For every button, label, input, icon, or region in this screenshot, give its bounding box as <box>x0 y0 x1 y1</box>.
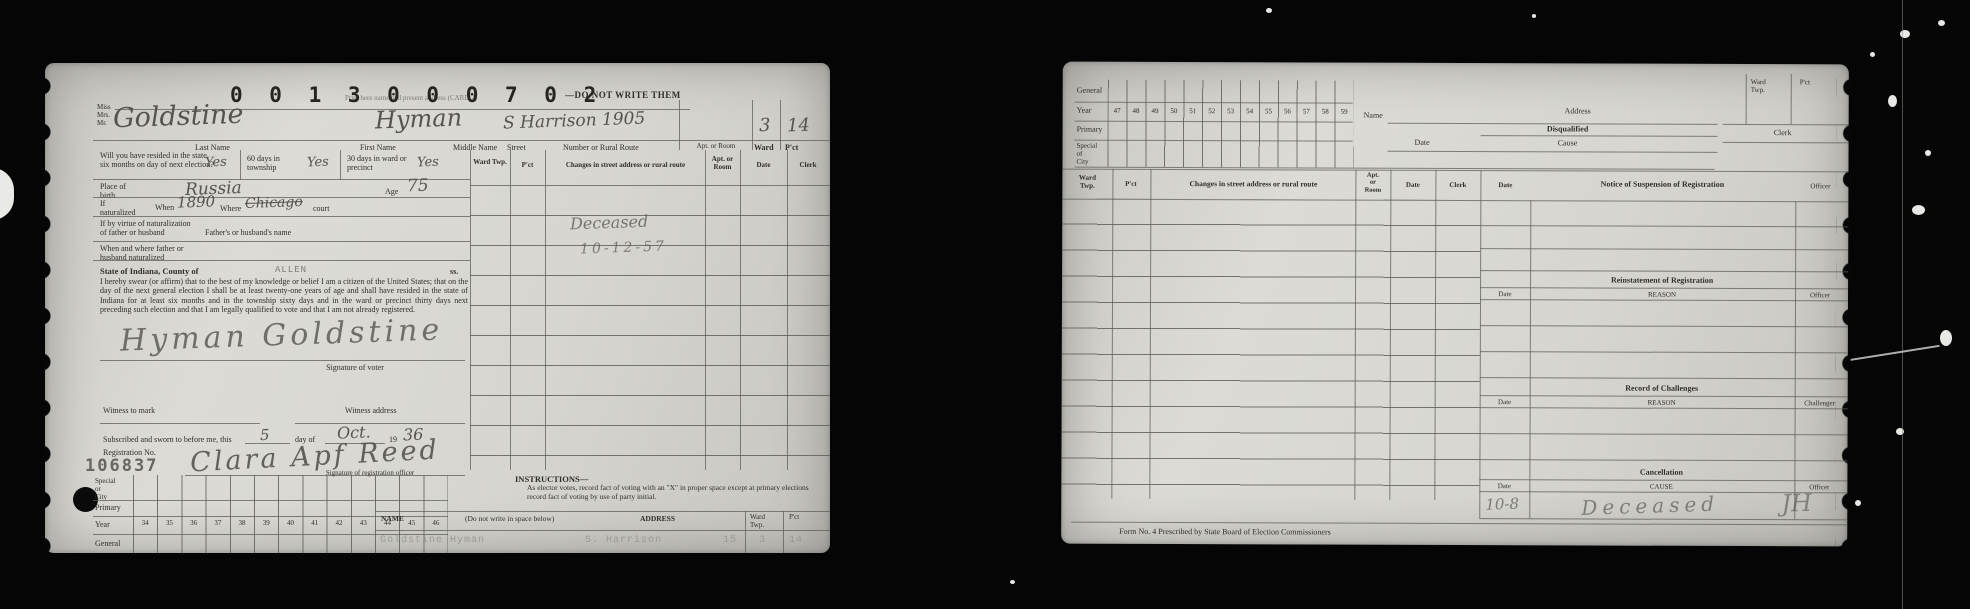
label-when: When <box>155 203 174 212</box>
voter-signature-label: Signature of voter <box>275 363 435 372</box>
sworn-day: 5 <box>260 426 270 444</box>
oath-ss: ss. <box>450 267 458 276</box>
oath-body: I hereby swear (or affirm) that to the b… <box>100 277 468 315</box>
typed-number: 15 <box>723 535 737 546</box>
label-ward-twp-bottom: Ward Twp. <box>750 513 765 529</box>
rule-line <box>1480 407 1848 409</box>
rule-line <box>1481 135 1718 137</box>
rule-line <box>1388 151 1718 153</box>
cancellation-title: Cancellation <box>1531 467 1791 477</box>
residency-answer-state: Yes <box>205 155 227 171</box>
header-clerk: Clerk <box>788 161 828 169</box>
label-age: Age <box>385 187 398 196</box>
rule-line <box>679 100 680 150</box>
label-address-column: ADDRESS <box>640 515 675 524</box>
year-cell: 46 <box>424 519 448 527</box>
rule-line <box>93 216 470 217</box>
do-not-write-note: —DO NOT WRITE THEM <box>565 90 681 100</box>
film-speck <box>1532 14 1536 18</box>
label-by-virtue: If by virtue of naturalization of father… <box>100 219 195 237</box>
registration-card-front: 0 0 1 3 0 0 0 7 0 2 Print here name and … <box>45 63 830 553</box>
year-cell: 42 <box>327 519 351 527</box>
rule-line <box>1071 522 1847 526</box>
cancellation-officer-value: JH <box>1781 489 1812 518</box>
header-suspension-officer: Officer <box>1795 182 1845 190</box>
residency-question-state: Will you have resided in the state six m… <box>100 151 215 169</box>
film-scratch-diagonal <box>1848 345 1939 361</box>
rule-line <box>1479 479 1847 481</box>
label-court: court <box>313 204 329 213</box>
film-speck <box>1912 205 1925 215</box>
year-cell: 35 <box>157 519 181 527</box>
cancellation-cause-value: Deceased <box>1581 492 1719 520</box>
rule-line <box>752 100 753 150</box>
rule-line <box>1480 377 1848 379</box>
header-date: Date <box>741 161 786 169</box>
year-cell: 34 <box>133 519 157 527</box>
sworn-text: Subscribed and sworn to before me, this <box>103 435 232 444</box>
rule-line <box>1791 74 1792 124</box>
film-scratch-vertical <box>1902 0 1903 609</box>
header-ward-twp: Ward Twp. <box>472 158 508 166</box>
serial-underprint: Print here name and present address (CAR… <box>345 94 565 102</box>
label-where: Where <box>220 204 241 213</box>
year-cell: 40 <box>278 519 302 527</box>
rule-line <box>375 530 830 531</box>
year-cell: 49 <box>1146 107 1165 115</box>
rule-line <box>780 100 781 150</box>
film-edge-blob <box>0 168 14 220</box>
rule-line <box>1723 142 1849 143</box>
rule-line <box>1480 225 1848 227</box>
instructions-body: As elector votes, record fact of voting … <box>527 484 827 501</box>
voting-grid-cells <box>1107 80 1353 168</box>
rule-line <box>783 511 784 553</box>
rule-line <box>100 423 260 424</box>
year-cell: 41 <box>303 519 327 527</box>
label-ward: Ward <box>754 143 774 152</box>
rule-line <box>1479 459 1847 461</box>
reinstatement-title: Reinstatement of Registration <box>1532 275 1792 285</box>
typed-address: S. Harrison <box>585 535 662 546</box>
year-cell: 50 <box>1164 107 1183 115</box>
label-if-naturalized: If naturalized <box>100 199 140 217</box>
row-label-primary: Primary <box>1077 125 1103 134</box>
residency-question-60: 60 days in township <box>247 154 307 172</box>
rule-line <box>1479 518 1847 520</box>
row-label-primary: Primary <box>95 503 121 512</box>
card-edge-notches <box>42 63 57 553</box>
rule-line <box>295 423 465 424</box>
row-label-year: Year <box>95 520 110 529</box>
form-footer: Form No. 4 Prescribed by State Board of … <box>1119 527 1331 537</box>
challenges-reason: REASON <box>1532 398 1792 407</box>
year-cell: 54 <box>1240 107 1259 115</box>
header-pct: P'ct <box>1113 180 1148 188</box>
typed-pct: 14 <box>789 535 803 546</box>
film-speck <box>1855 500 1861 506</box>
challenges-challenger: Challenger <box>1792 399 1848 407</box>
address-change-rows <box>1061 199 1480 500</box>
rule-line <box>340 150 341 180</box>
film-speck <box>1266 8 1272 13</box>
rule-line <box>745 511 746 553</box>
label-name-column: NAME <box>381 515 404 524</box>
card-edge-notches <box>1835 64 1852 546</box>
year-cell: 51 <box>1183 107 1202 115</box>
label-middle-name: Middle Name <box>453 143 497 152</box>
deceased-date: 10-12-57 <box>580 238 667 257</box>
year-cell: 36 <box>181 519 205 527</box>
label-first-name: First Name <box>360 143 396 152</box>
header-apt-room: Apt. or Room <box>1357 172 1388 195</box>
microfilm-frame: 0 0 1 3 0 0 0 7 0 2 Print here name and … <box>0 0 1970 609</box>
label-address: Address <box>1523 106 1633 116</box>
year-cell: 56 <box>1278 107 1297 115</box>
rule-line <box>93 241 470 242</box>
year-cell: 39 <box>254 519 278 527</box>
corner-ward-twp: Ward Twp. <box>1751 78 1766 94</box>
rule-line <box>1480 433 1848 435</box>
cancellation-cause: CAUSE <box>1531 482 1791 491</box>
film-speck <box>1870 52 1875 57</box>
rule-line <box>1062 169 1848 173</box>
label-cause: Cause <box>1513 138 1623 148</box>
county-value: ALLEN <box>275 265 307 275</box>
residency-answer-60: Yes <box>307 155 329 171</box>
corner-clerk: Clerk <box>1743 128 1823 137</box>
rule-line <box>240 150 241 180</box>
year-cell: 52 <box>1202 107 1221 115</box>
rule-line <box>1480 325 1848 327</box>
row-label-special: Special or City <box>95 477 116 501</box>
year-cell: 58 <box>1316 108 1335 116</box>
rule-line <box>1746 74 1747 124</box>
changes-table-rows <box>470 186 830 471</box>
label-witness-address: Witness address <box>345 406 396 415</box>
voting-year-row: 47 48 49 50 51 52 53 54 55 56 57 58 59 <box>1108 107 1354 116</box>
cancellation-date: Date <box>1481 482 1527 490</box>
naturalized-where: Chicago <box>245 194 303 212</box>
year-cell: 55 <box>1259 107 1278 115</box>
label-disqualified: Disqualified <box>1503 124 1633 134</box>
reinstatement-reason: REASON <box>1532 290 1792 299</box>
rule-line <box>1480 248 1848 250</box>
label-witness-to-mark: Witness to mark <box>103 406 155 415</box>
written-last-name: Goldstine <box>112 99 243 135</box>
rule-line <box>375 511 830 512</box>
deceased-note: Deceased <box>570 212 649 234</box>
row-label-general: General <box>1077 86 1102 95</box>
rule-line <box>93 260 470 261</box>
challenges-title: Record of Challenges <box>1532 383 1792 393</box>
prefix-labels: Miss Mrs. Mr. <box>97 103 111 127</box>
label-no-write-below: (Do not write in space below) <box>465 515 554 524</box>
header-apt-room: Apt. or Room <box>706 155 739 171</box>
written-street-address: S Harrison 1905 <box>503 109 646 134</box>
pct-value: 14 <box>787 115 811 137</box>
header-date: Date <box>1392 181 1433 189</box>
reinstatement-date: Date <box>1482 290 1528 298</box>
rule-line <box>1480 287 1848 289</box>
rule-line <box>93 140 830 141</box>
rule-line <box>1480 395 1848 397</box>
header-pct: P'ct <box>511 161 544 169</box>
row-label-special: Special of City <box>1076 142 1097 166</box>
label-apt-or-room: Apt. or Room <box>689 142 743 150</box>
label-name: Name <box>1364 111 1383 120</box>
label-date: Date <box>1415 138 1430 147</box>
film-speck <box>1010 580 1015 584</box>
header-suspension-title: Notice of Suspension of Registration <box>1532 179 1792 189</box>
year-cell: 37 <box>206 519 230 527</box>
film-speck <box>1938 20 1945 26</box>
label-number-rural: Number or Rural Route <box>563 143 639 152</box>
rule-line <box>1480 351 1848 353</box>
registration-card-back: General Year Primary Special of City 47 … <box>1061 62 1849 547</box>
header-ward-twp: Ward Twp. <box>1064 174 1110 190</box>
residency-question-30: 30 days in ward or precinct <box>347 154 411 172</box>
year-cell: 53 <box>1221 107 1240 115</box>
typed-name: Goldstine Hyman <box>380 535 485 546</box>
row-label-year: Year <box>1077 106 1092 115</box>
header-clerk: Clerk <box>1437 181 1478 189</box>
registration-number: 106837 <box>85 456 158 476</box>
rule-line <box>1480 299 1848 301</box>
year-cell: 43 <box>351 519 375 527</box>
header-suspension-date: Date <box>1482 181 1528 189</box>
age-value: 75 <box>407 176 429 197</box>
label-pct-bottom: P'ct <box>789 513 799 521</box>
cancellation-date-value: 10-8 <box>1485 495 1519 514</box>
row-label-general: General <box>95 539 120 548</box>
written-first-name: Hyman <box>375 103 463 134</box>
oath-state-county-label: State of Indiana, County of <box>100 267 198 277</box>
year-cell: 48 <box>1127 107 1146 115</box>
year-cell: 59 <box>1335 108 1354 116</box>
reinstatement-officer: Officer <box>1795 291 1845 299</box>
film-speck <box>1940 330 1952 346</box>
residency-answer-30: Yes <box>417 155 439 171</box>
rule-line <box>100 360 465 361</box>
challenges-date: Date <box>1482 398 1528 406</box>
naturalized-when: 1890 <box>177 192 216 211</box>
year-cell: 38 <box>230 519 254 527</box>
rule-line <box>1480 270 1848 272</box>
header-changes: Changes in street address or rural route <box>1154 180 1352 189</box>
year-cell: 47 <box>1108 107 1127 115</box>
corner-pct: P'ct <box>1800 78 1810 86</box>
label-fathers-name: Father's or husband's name <box>205 228 291 237</box>
year-cell: 57 <box>1297 107 1316 115</box>
film-speck <box>1925 150 1931 156</box>
ward-value: 3 <box>759 115 771 136</box>
rule-line <box>1723 124 1849 125</box>
film-speck <box>1888 95 1897 107</box>
header-changes: Changes in street address or rural route <box>548 161 703 169</box>
voter-signature: Hyman Goldstine <box>119 312 443 358</box>
typed-ward: 3 <box>759 535 766 546</box>
